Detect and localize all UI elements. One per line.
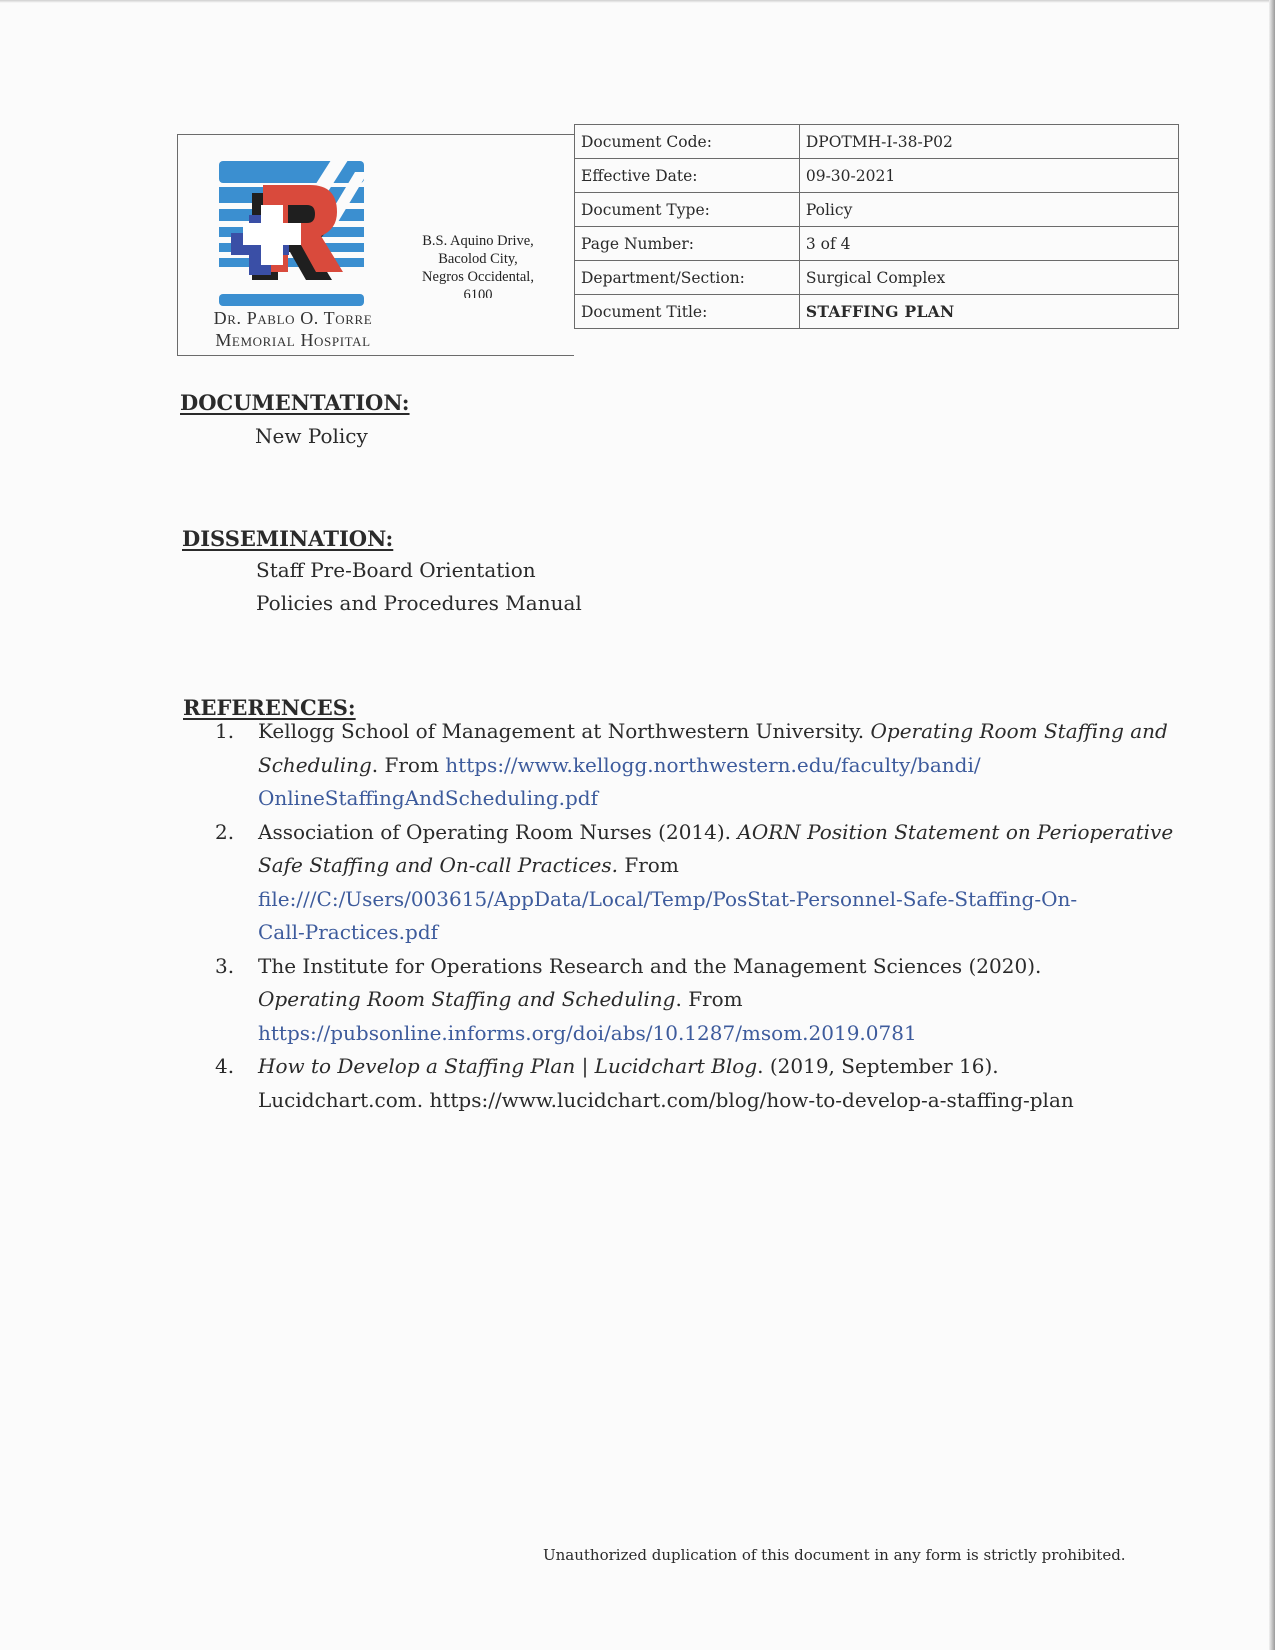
footer-notice: Unauthorized duplication of this documen… xyxy=(543,1546,1126,1564)
address-line: 6100 xyxy=(403,286,553,298)
meta-row-document-title: Document Title: STAFFING PLAN xyxy=(575,295,1179,329)
reference-text: The Institute for Operations Research an… xyxy=(258,950,1175,984)
reference-item: 2. Association of Operating Room Nurses … xyxy=(215,816,1175,950)
reference-link[interactable]: OnlineStaffingAndScheduling.pdf xyxy=(258,782,1175,816)
reference-item: 4. How to Develop a Staffing Plan | Luci… xyxy=(215,1050,1175,1117)
reference-text: From xyxy=(618,853,679,877)
meta-value: 3 of 4 xyxy=(799,227,1178,261)
reference-text: Kellogg School of Management at Northwes… xyxy=(258,719,871,743)
meta-row-page-number: Page Number: 3 of 4 xyxy=(575,227,1179,261)
address-line: Negros Occidental, xyxy=(403,268,553,286)
meta-label: Page Number: xyxy=(575,227,800,261)
reference-number: 1. xyxy=(215,715,234,749)
reference-title: Operating Room Staffing and Scheduling xyxy=(258,987,675,1011)
meta-value: 09-30-2021 xyxy=(799,159,1178,193)
reference-link[interactable]: Call-Practices.pdf xyxy=(258,916,1175,950)
meta-value: DPOTMH-I-38-P02 xyxy=(799,125,1178,159)
reference-link[interactable]: https://pubsonline.informs.org/doi/abs/1… xyxy=(258,1017,1175,1051)
reference-item: 3. The Institute for Operations Research… xyxy=(215,950,1175,1051)
meta-row-department: Department/Section: Surgical Complex xyxy=(575,261,1179,295)
reference-text: Association of Operating Room Nurses (20… xyxy=(258,820,737,844)
scan-top-edge xyxy=(0,0,1275,3)
references-list: 1. Kellogg School of Management at North… xyxy=(215,715,1175,1117)
reference-link[interactable]: https://www.kellogg.northwestern.edu/fac… xyxy=(445,753,980,777)
meta-row-document-type: Document Type: Policy xyxy=(575,193,1179,227)
reference-number: 4. xyxy=(215,1050,234,1084)
scan-right-edge xyxy=(1269,0,1275,1650)
address-line: Bacolod City, xyxy=(403,250,553,268)
reference-item: 1. Kellogg School of Management at North… xyxy=(215,715,1175,816)
dissemination-heading: DISSEMINATION: xyxy=(182,526,393,551)
documentation-item: New Policy xyxy=(255,424,368,448)
reference-number: 2. xyxy=(215,816,234,850)
meta-label: Document Code: xyxy=(575,125,800,159)
reference-title: How to Develop a Staffing Plan | Lucidch… xyxy=(258,1054,757,1078)
meta-label: Document Type: xyxy=(575,193,800,227)
reference-link[interactable]: file:///C:/Users/003615/AppData/Local/Te… xyxy=(258,883,1175,917)
hospital-identity-cell: Dr. Pablo O. Torre Memorial Hospital B.S… xyxy=(177,134,574,356)
document-header: Dr. Pablo O. Torre Memorial Hospital B.S… xyxy=(177,124,1179,356)
dissemination-item: Policies and Procedures Manual xyxy=(256,591,582,615)
document-title-value: STAFFING PLAN xyxy=(799,295,1178,329)
reference-text: . From xyxy=(372,753,446,777)
meta-row-document-code: Document Code: DPOTMH-I-38-P02 xyxy=(575,125,1179,159)
hospital-address: B.S. Aquino Drive, Bacolod City, Negros … xyxy=(403,232,553,298)
document-meta-table: Document Code: DPOTMH-I-38-P02 Effective… xyxy=(574,124,1179,329)
dissemination-item: Staff Pre-Board Orientation xyxy=(256,558,536,582)
meta-label: Department/Section: xyxy=(575,261,800,295)
address-line: B.S. Aquino Drive, xyxy=(403,232,553,250)
reference-text: Lucidchart.com. https://www.lucidchart.c… xyxy=(258,1084,1175,1118)
meta-value: Surgical Complex xyxy=(799,261,1178,295)
hospital-name-line2: Memorial Hospital xyxy=(178,329,408,351)
hospital-name-line1: Dr. Pablo O. Torre xyxy=(178,307,408,329)
meta-label: Document Title: xyxy=(575,295,800,329)
meta-label: Effective Date: xyxy=(575,159,800,193)
hospital-logo-icon xyxy=(215,157,368,307)
meta-row-effective-date: Effective Date: 09-30-2021 xyxy=(575,159,1179,193)
meta-value: Policy xyxy=(799,193,1178,227)
reference-text: . (2019, September 16). xyxy=(757,1054,998,1078)
reference-text: . From xyxy=(675,987,742,1011)
reference-number: 3. xyxy=(215,950,234,984)
hospital-name: Dr. Pablo O. Torre Memorial Hospital xyxy=(178,307,408,351)
documentation-heading: DOCUMENTATION: xyxy=(180,390,410,415)
